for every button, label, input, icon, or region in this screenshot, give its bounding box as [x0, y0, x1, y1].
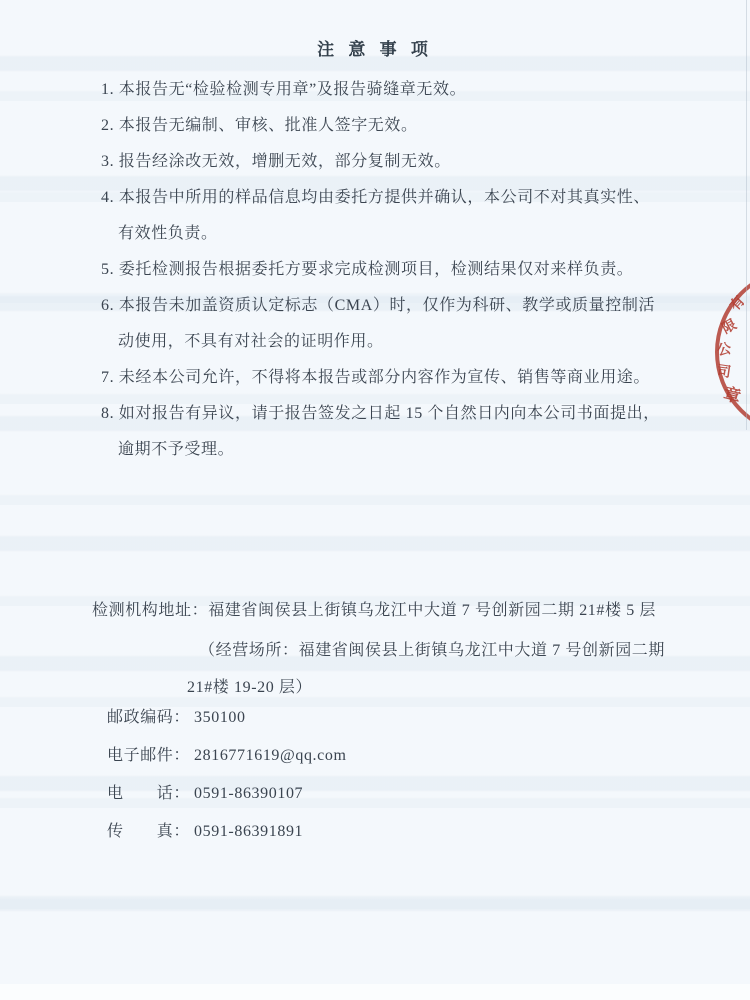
scan-edge-line [746, 0, 747, 430]
postal-code-value: 350100 [194, 709, 246, 726]
notice-line-1: 1. 本报告无“检验检测专用章”及报告骑缝章无效。 [101, 72, 705, 108]
notice-list: 1. 本报告无“检验检测专用章”及报告骑缝章无效。 2. 本报告无编制、审核、批… [101, 72, 705, 468]
business-address-line-1: （经营场所：福建省闽侯县上街镇乌龙江中大道 7 号创新园二期 [199, 640, 665, 662]
fax-value: 0591-86391891 [194, 823, 303, 840]
page-title: 注 意 事 项 [0, 38, 750, 62]
notice-line-8: 8. 如对报告有异议，请于报告签发之日起 15 个自然日内向本公司书面提出， [101, 396, 705, 432]
notice-line-7: 7. 未经本公司允许，不得将本报告或部分内容作为宣传、销售等商业用途。 [101, 360, 705, 396]
fax-row: 传 真：0591-86391891 [107, 821, 303, 843]
postal-code-label: 邮政编码： [107, 709, 190, 726]
notice-line-4: 4. 本报告中所用的样品信息均由委托方提供并确认，本公司不对其真实性、 [101, 180, 705, 216]
notice-line-8-cont: 逾期不予受理。 [101, 432, 705, 468]
phone-row: 电 话：0591-86390107 [107, 783, 303, 805]
scan-bottom-edge [0, 984, 750, 1000]
notice-line-3: 3. 报告经涂改无效，增删无效，部分复制无效。 [101, 144, 705, 180]
notice-line-6-cont: 动使用，不具有对社会的证明作用。 [101, 324, 705, 360]
notice-line-5: 5. 委托检测报告根据委托方要求完成检测项目，检测结果仅对来样负责。 [101, 252, 705, 288]
document-page: 注 意 事 项 1. 本报告无“检验检测专用章”及报告骑缝章无效。 2. 本报告… [0, 0, 750, 1000]
cross-page-seal-stamp: 有 限 公 司 章 [704, 278, 750, 428]
phone-value: 0591-86390107 [194, 785, 303, 802]
notice-line-4-cont: 有效性负责。 [101, 216, 705, 252]
notice-line-2: 2. 本报告无编制、审核、批准人签字无效。 [101, 108, 705, 144]
email-label: 电子邮件： [107, 747, 190, 764]
seal-character: 章 [721, 379, 744, 407]
seal-character: 公 [715, 338, 732, 360]
seal-character: 限 [718, 314, 740, 338]
org-address-line: 检测机构地址：福建省闽侯县上街镇乌龙江中大道 7 号创新园二期 21#楼 5 层 [92, 600, 656, 622]
seal-border-arc-icon [715, 278, 750, 428]
business-address-line-2: 21#楼 19-20 层） [187, 677, 312, 699]
notice-line-6: 6. 本报告未加盖资质认定标志（CMA）时，仅作为科研、教学或质量控制活 [101, 288, 705, 324]
phone-label: 电 话： [107, 785, 190, 802]
email-row: 电子邮件：2816771619@qq.com [107, 745, 347, 767]
email-value: 2816771619@qq.com [194, 747, 346, 764]
seal-character: 司 [716, 360, 733, 382]
fax-label: 传 真： [107, 823, 190, 840]
postal-code-row: 邮政编码：350100 [107, 707, 246, 729]
